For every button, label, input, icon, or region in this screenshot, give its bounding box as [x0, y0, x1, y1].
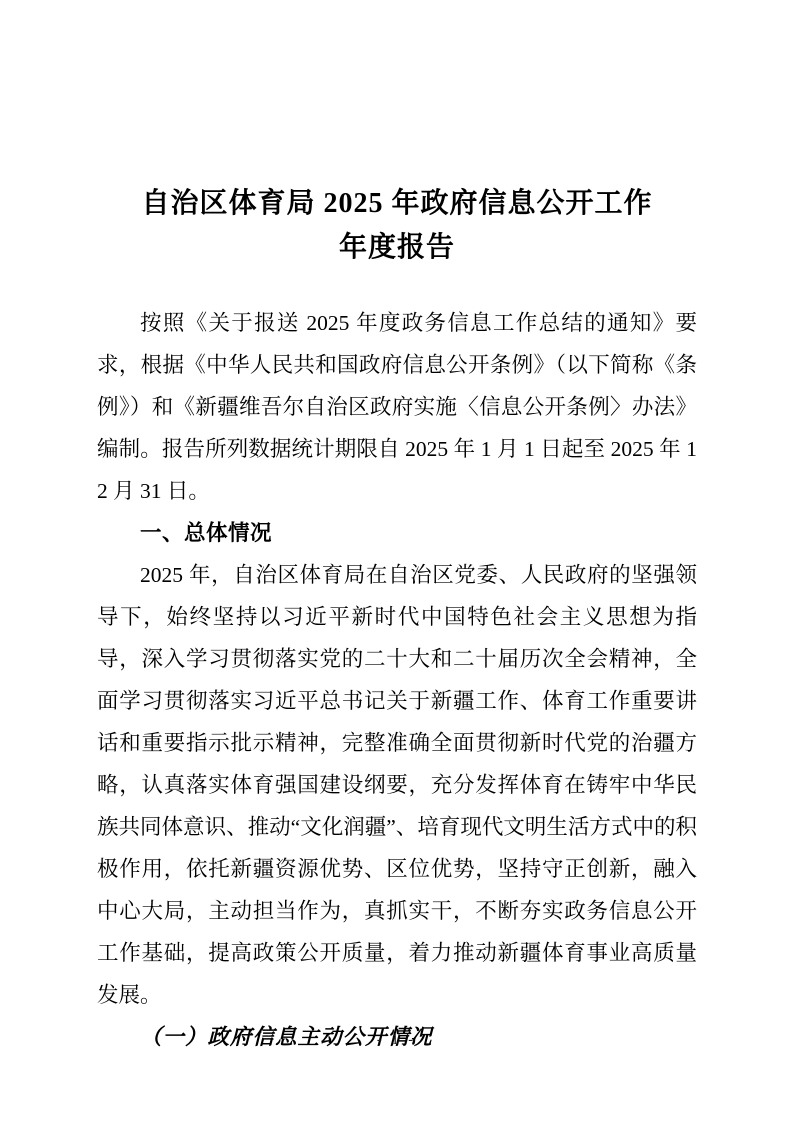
paragraph-overall-situation: 2025 年，自治区体育局在自治区党委、人民政府的坚强领导下，始终坚持以习近平新…	[97, 554, 697, 1016]
document-title-line-1: 自治区体育局 2025 年政府信息公开工作	[97, 182, 697, 226]
document-title-line-2: 年度报告	[97, 226, 697, 270]
document-page: 自治区体育局 2025 年政府信息公开工作 年度报告 按照《关于报送 2025 …	[0, 0, 793, 1122]
document-title: 自治区体育局 2025 年政府信息公开工作 年度报告	[97, 182, 697, 270]
document-body: 按照《关于报送 2025 年度政务信息工作总结的通知》要求，根据《中华人民共和国…	[97, 302, 697, 1058]
page-number: - 1 -	[0, 1032, 793, 1049]
paragraph-intro-basis: 按照《关于报送 2025 年度政务信息工作总结的通知》要求，根据《中华人民共和国…	[97, 302, 697, 512]
section-heading-overall-situation: 一、总体情况	[97, 512, 697, 554]
document-content: 自治区体育局 2025 年政府信息公开工作 年度报告 按照《关于报送 2025 …	[97, 182, 697, 1058]
